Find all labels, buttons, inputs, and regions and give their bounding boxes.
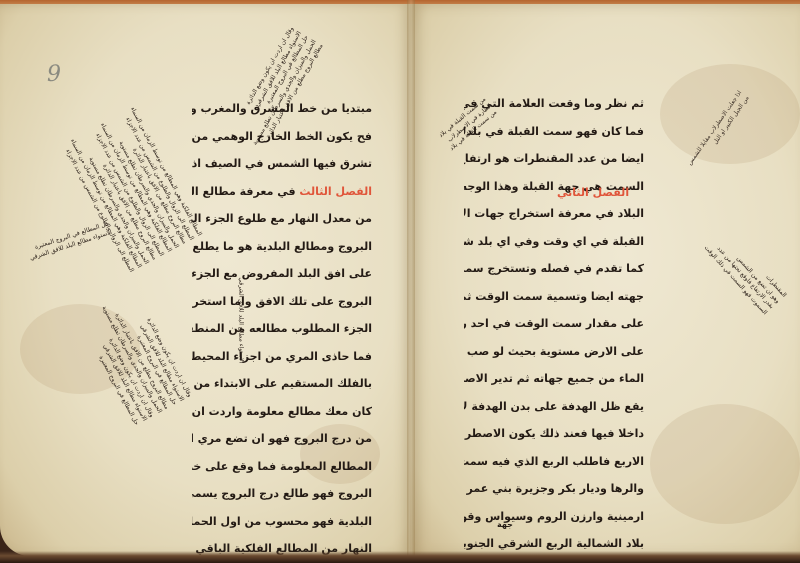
text-line-rest: في معرفة مطالع الفلكية وهو ما يطلع — [192, 185, 296, 198]
text-line: بالفلك المستقيم على الابتداء من اول الجد… — [192, 370, 372, 398]
catchword: جهة — [497, 520, 513, 529]
text-line: البروج فهو طالع درج البروج يسمى مطالع وا… — [192, 480, 372, 508]
text-line: يقع ظل الهدفة على بدن الهدفة لا يكون خار… — [464, 393, 644, 421]
text-line: على افق البلد المفروض مع الجزء المقابل ل… — [192, 260, 372, 288]
paper-stain — [650, 404, 800, 524]
folio-number: 9 — [47, 62, 61, 87]
text-line-with-rubric: البلاد في معرفة استخراج جهات الاربعة ونص… — [464, 200, 644, 228]
text-line: البروج ومطالع البلدية هو ما يطلع من معدل… — [192, 233, 372, 261]
text-line: فما كان فهو سمت القبلة في بلدك وما وقع ت… — [464, 118, 644, 146]
text-line: على الارض مستوية بحيث لو صب الماء على ظه… — [464, 338, 644, 366]
text-line: الاربع فاطلب الربع الذي فيه سمت القبلة و… — [464, 448, 644, 476]
text-line: البروج على تلك الافق واما استخراج ذلك فه… — [192, 288, 372, 316]
marginal-note-small: حل المطالع في البروج المعتبرة الاستواء م… — [51, 220, 113, 255]
page-bottom-edge — [0, 551, 800, 563]
right-main-text: ثم نظر وما وقعت العلامة التي في المنطقة … — [464, 90, 644, 558]
text-line: مبتديا من خط المشرق والمغرب وضع رأس العض… — [192, 95, 372, 123]
text-line: القبلة في اي وقت وفي اي بلد شئت وهو ان ت… — [464, 228, 644, 256]
text-line: داخلا فيها فعند ذلك يكون الاصطرلاب موضوع… — [464, 420, 644, 448]
text-line: تشرق فيها الشمس في الصيف اذا استقبلها تك… — [192, 150, 372, 178]
text-line: كان معك مطالع معلومة واردت ان تعرف ما يخ… — [192, 398, 372, 426]
text-line: من درج البروج فهو ان تضع مري الاجزاء على… — [192, 425, 372, 453]
text-line: الجزء المطلوب مطالعه من المنطقة على خط و… — [192, 315, 372, 343]
manuscript-spread: 9 وقال ان اردت ان يكون وضع الدائرة الاست… — [0, 0, 800, 563]
text-line: والرها وديار بكر وجزيرة بني عمر وتبليس و… — [464, 475, 644, 503]
text-line: الماء من جميع جهاته ثم تدير الاصطرلاب دو… — [464, 365, 644, 393]
text-line: كما تقدم في فصله وتستخرج سمت ذلك الارتفا… — [464, 255, 644, 283]
text-line: المطالع المعلومة فما وقع على خط نصف النه… — [192, 453, 372, 481]
left-main-text: مبتديا من خط المشرق والمغرب وضع رأس العض… — [192, 95, 372, 556]
marginal-commentary-block-1: المطالع الفلكية وهي المطالع من توسط الزم… — [67, 119, 203, 274]
text-line: فح يكون الخط الخارج الوهمي من رأس العضاد… — [192, 123, 372, 151]
text-line: من معدل النهار مع طلوع الجزء المقابل له … — [192, 205, 372, 233]
text-line-with-rubric: الفصل الثالث في معرفة مطالع الفلكية وهو … — [192, 178, 372, 206]
text-line: ارمينية وارزن الروم وسيواس وقونية واستان… — [464, 503, 644, 531]
book-gutter — [407, 0, 415, 563]
text-line-start: البلاد في معرفة استخراج جهات الاربعة ونص… — [464, 207, 644, 220]
left-page: 9 وقال ان اردت ان يكون وضع الدائرة الاست… — [0, 4, 410, 556]
text-line: فما حاذى المري من اجزاء المحيط هو المطال… — [192, 343, 372, 371]
rubric-heading-right: الفصل الثاني — [557, 186, 629, 199]
text-line: البلدية فهو محسوب من اول الحمل فاسقط نصف… — [192, 508, 372, 536]
text-line: على مقدار سمت الوقت في احد ربعي الارتفاع… — [464, 310, 644, 338]
text-line: ايضا من عدد المقنطرات هو ارتفاع سمت مكة … — [464, 145, 644, 173]
text-line: جهته ايضا وتسمية سمت الوقت ثم تضع احد را… — [464, 283, 644, 311]
text-line: ثم نظر وما وقعت العلامة التي في المنطقة … — [464, 90, 644, 118]
rubric-heading: الفصل الثالث — [299, 185, 372, 198]
